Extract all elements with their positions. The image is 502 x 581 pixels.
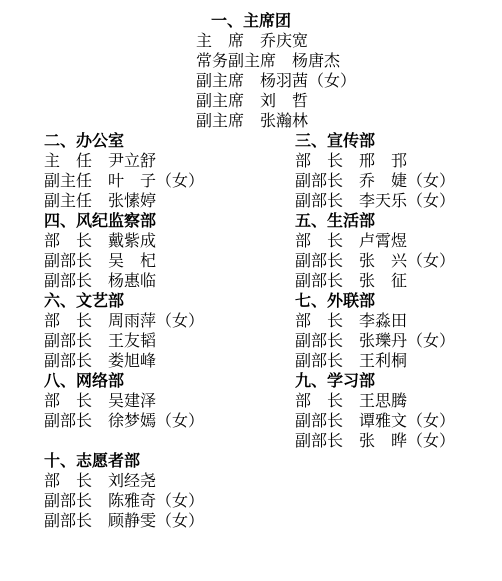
person-name: 张 晔（女）	[359, 433, 455, 450]
person-name: 刘 哲	[260, 93, 308, 110]
roster-section: 七、外联部部 长 李淼田副部长 张瓅丹（女）副部长 王利桐	[295, 292, 502, 372]
roster-entry: 主 任 尹立舒	[44, 152, 251, 172]
roster-entry: 副主任 张愫婷	[44, 192, 251, 212]
roster-entry: 副部长 张 征	[295, 272, 502, 292]
roster-section: 八、网络部部 长 吴建泽副部长 徐梦嫣（女）	[44, 372, 251, 432]
roster-section: 四、风纪监察部部 长 戴紫成副部长 吴 杞副部长 杨惠临	[44, 212, 251, 292]
person-name: 张瀚林	[260, 113, 308, 130]
roster-entry: 部 长 刘经尧	[44, 472, 251, 492]
role-name-separator	[343, 193, 359, 210]
roster-entry: 副部长 张瓅丹（女）	[295, 332, 502, 352]
role-label: 部 长	[44, 233, 92, 250]
role-label: 副部长	[295, 273, 343, 290]
roster-section: 五、生活部部 长 卢霄煜副部长 张 兴（女）副部长 张 征	[295, 212, 502, 292]
roster-section: 九、学习部部 长 王思腾副部长 谭雅文（女）副部长 张 晔（女）	[295, 372, 502, 452]
roster-entry: 部 长 卢霄煜	[295, 232, 502, 252]
person-name: 王思腾	[359, 393, 407, 410]
roster-entry: 部 长 李淼田	[295, 312, 502, 332]
role-name-separator	[343, 253, 359, 270]
person-name: 王利桐	[359, 353, 407, 370]
role-name-separator	[92, 193, 108, 210]
role-name-separator	[244, 73, 260, 90]
roster-entry: 部 长 戴紫成	[44, 232, 251, 252]
section-heading-chairman-board: 一、主席团	[0, 12, 502, 32]
role-label: 常务副主席	[196, 53, 276, 70]
roster-entry: 副部长 杨惠临	[44, 272, 251, 292]
role-label: 副部长	[295, 333, 343, 350]
section-heading: 三、宣传部	[295, 132, 502, 152]
person-name: 刘经尧	[108, 473, 156, 490]
roster-entry: 主 席 乔庆宽	[196, 32, 502, 52]
role-name-separator	[92, 253, 108, 270]
role-label: 部 长	[295, 313, 343, 330]
role-name-separator	[92, 313, 108, 330]
roster-entry: 副部长 李天乐（女）	[295, 192, 502, 212]
section-heading: 七、外联部	[295, 292, 502, 312]
section-chairman-board: 一、主席团 主 席 乔庆宽常务副主席 杨唐杰副主席 杨羽茜（女）副主席 刘 哲副…	[0, 12, 502, 132]
person-name: 乔 婕（女）	[359, 173, 455, 190]
roster-section: 二、办公室主 任 尹立舒副主任 叶 子（女）副主任 张愫婷	[44, 132, 251, 212]
role-name-separator	[276, 53, 292, 70]
roster-page: 一、主席团 主 席 乔庆宽常务副主席 杨唐杰副主席 杨羽茜（女）副主席 刘 哲副…	[0, 0, 502, 581]
role-label: 部 长	[295, 153, 343, 170]
role-label: 部 长	[295, 233, 343, 250]
role-name-separator	[92, 173, 108, 190]
role-name-separator	[343, 393, 359, 410]
roster-entry: 副主席 刘 哲	[196, 92, 502, 112]
person-name: 张瓅丹（女）	[359, 333, 455, 350]
role-label: 副主任	[44, 173, 92, 190]
person-name: 李天乐（女）	[359, 193, 455, 210]
person-name: 周雨萍（女）	[108, 313, 204, 330]
roster-entry: 副部长 张 兴（女）	[295, 252, 502, 272]
role-label: 副部长	[44, 513, 92, 530]
roster-left-column: 二、办公室主 任 尹立舒副主任 叶 子（女）副主任 张愫婷四、风纪监察部部 长 …	[0, 132, 251, 532]
roster-entry: 副主席 张瀚林	[196, 112, 502, 132]
role-label: 副部长	[295, 413, 343, 430]
roster-entry: 副部长 谭雅文（女）	[295, 412, 502, 432]
role-name-separator	[343, 353, 359, 370]
person-name: 杨唐杰	[292, 53, 340, 70]
role-label: 副主席	[196, 73, 244, 90]
role-label: 部 长	[44, 473, 92, 490]
person-name: 顾静雯（女）	[108, 513, 204, 530]
roster-entry: 部 长 邢 邘	[295, 152, 502, 172]
person-name: 杨羽茜（女）	[260, 73, 356, 90]
roster-entry: 副部长 王友韬	[44, 332, 251, 352]
roster-entry: 副部长 吴 杞	[44, 252, 251, 272]
person-name: 娄旭峰	[108, 353, 156, 370]
role-name-separator	[343, 333, 359, 350]
role-name-separator	[343, 433, 359, 450]
role-name-separator	[92, 233, 108, 250]
role-label: 副部长	[44, 333, 92, 350]
role-label: 副部长	[44, 253, 92, 270]
role-name-separator	[244, 113, 260, 130]
person-name: 戴紫成	[108, 233, 156, 250]
roster-entry: 副部长 陈雅奇（女）	[44, 492, 251, 512]
role-name-separator	[92, 333, 108, 350]
role-name-separator	[92, 353, 108, 370]
role-label: 副部长	[295, 193, 343, 210]
person-name: 李淼田	[359, 313, 407, 330]
person-name: 尹立舒	[108, 153, 156, 170]
role-name-separator	[92, 513, 108, 530]
person-name: 张 兴（女）	[359, 253, 455, 270]
roster-right-column: 三、宣传部部 长 邢 邘副部长 乔 婕（女）副部长 李天乐（女）五、生活部部 长…	[251, 132, 502, 452]
role-label: 主 任	[44, 153, 92, 170]
role-label: 副部长	[295, 433, 343, 450]
role-name-separator	[92, 473, 108, 490]
role-name-separator	[343, 313, 359, 330]
person-name: 卢霄煜	[359, 233, 407, 250]
role-label: 部 长	[44, 393, 92, 410]
person-name: 王友韬	[108, 333, 156, 350]
role-label: 副部长	[295, 173, 343, 190]
roster-section: 六、文艺部部 长 周雨萍（女）副部长 王友韬副部长 娄旭峰	[44, 292, 251, 372]
person-name: 乔庆宽	[260, 33, 308, 50]
role-name-separator	[92, 413, 108, 430]
role-name-separator	[244, 93, 260, 110]
role-name-separator	[92, 153, 108, 170]
person-name: 吴 杞	[108, 253, 156, 270]
section-heading: 八、网络部	[44, 372, 251, 392]
roster-entry: 副主任 叶 子（女）	[44, 172, 251, 192]
role-name-separator	[343, 233, 359, 250]
role-label: 副主席	[196, 113, 244, 130]
roster-section: 三、宣传部部 长 邢 邘副部长 乔 婕（女）副部长 李天乐（女）	[295, 132, 502, 212]
roster-entry: 副部长 顾静雯（女）	[44, 512, 251, 532]
roster-section: 十、志愿者部部 长 刘经尧副部长 陈雅奇（女）副部长 顾静雯（女）	[44, 452, 251, 532]
person-name: 谭雅文（女）	[359, 413, 455, 430]
role-name-separator	[92, 393, 108, 410]
roster-entry: 部 长 吴建泽	[44, 392, 251, 412]
role-label: 部 长	[295, 393, 343, 410]
roster-entry: 副部长 娄旭峰	[44, 352, 251, 372]
role-label: 副部长	[295, 253, 343, 270]
section-heading: 九、学习部	[295, 372, 502, 392]
roster-entry: 副部长 张 晔（女）	[295, 432, 502, 452]
role-label: 副主任	[44, 193, 92, 210]
roster-entry: 副部长 徐梦嫣（女）	[44, 412, 251, 432]
two-column-roster: 二、办公室主 任 尹立舒副主任 叶 子（女）副主任 张愫婷四、风纪监察部部 长 …	[0, 132, 502, 532]
role-name-separator	[244, 33, 260, 50]
person-name: 叶 子（女）	[108, 173, 204, 190]
roster-entry: 常务副主席 杨唐杰	[196, 52, 502, 72]
role-label: 主 席	[196, 33, 244, 50]
role-label: 副部长	[44, 413, 92, 430]
role-name-separator	[343, 173, 359, 190]
section-heading: 五、生活部	[295, 212, 502, 232]
chairman-board-entries: 主 席 乔庆宽常务副主席 杨唐杰副主席 杨羽茜（女）副主席 刘 哲副主席 张瀚林	[0, 32, 502, 132]
role-name-separator	[343, 153, 359, 170]
role-name-separator	[92, 493, 108, 510]
role-name-separator	[92, 273, 108, 290]
person-name: 邢 邘	[359, 153, 407, 170]
roster-entry: 副主席 杨羽茜（女）	[196, 72, 502, 92]
person-name: 张 征	[359, 273, 407, 290]
section-heading: 十、志愿者部	[44, 452, 251, 472]
person-name: 杨惠临	[108, 273, 156, 290]
roster-entry: 副部长 乔 婕（女）	[295, 172, 502, 192]
role-label: 副部长	[44, 273, 92, 290]
role-label: 副部长	[295, 353, 343, 370]
roster-entry: 部 长 王思腾	[295, 392, 502, 412]
section-heading: 六、文艺部	[44, 292, 251, 312]
role-name-separator	[343, 273, 359, 290]
role-label: 副部长	[44, 353, 92, 370]
person-name: 陈雅奇（女）	[108, 493, 204, 510]
role-name-separator	[343, 413, 359, 430]
role-label: 部 长	[44, 313, 92, 330]
person-name: 吴建泽	[108, 393, 156, 410]
role-label: 副主席	[196, 93, 244, 110]
person-name: 徐梦嫣（女）	[108, 413, 204, 430]
role-label: 副部长	[44, 493, 92, 510]
section-heading: 四、风纪监察部	[44, 212, 251, 232]
roster-entry: 部 长 周雨萍（女）	[44, 312, 251, 332]
person-name: 张愫婷	[108, 193, 156, 210]
roster-entry: 副部长 王利桐	[295, 352, 502, 372]
section-heading: 二、办公室	[44, 132, 251, 152]
